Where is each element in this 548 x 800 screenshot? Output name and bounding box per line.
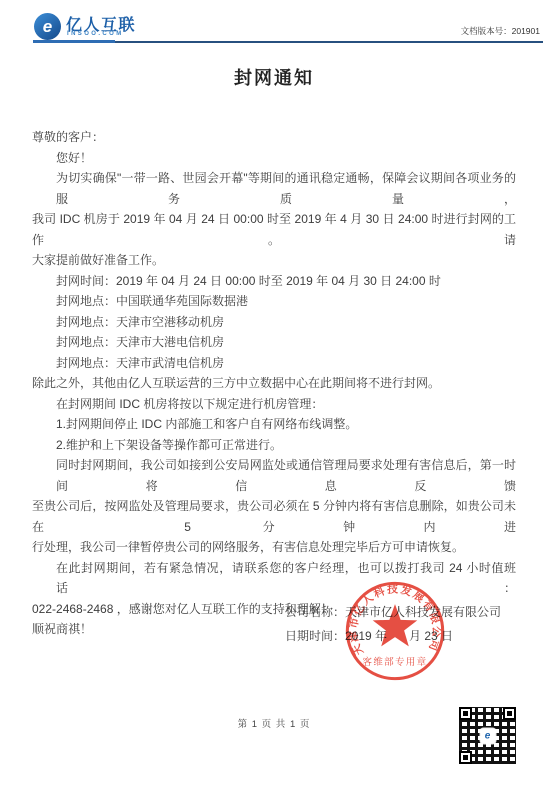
body-line: 为切实确保"一带一路、世园会开幕"等期间的通讯稳定通畅，保障会议期间各项业务的服… [32, 168, 516, 209]
signature-date: 日期时间：2019 年月 23 日 [285, 625, 501, 649]
body-line: 您好！ [32, 148, 516, 169]
qr-code-icon: e [459, 707, 516, 764]
doc-version-label: 文档版本号： [461, 26, 512, 36]
body-line: 封网地点：天津市武清电信机房 [32, 353, 516, 374]
body-line: 在此封网期间，若有紧急情况，请联系您的客户经理，也可以拨打我司 24 小时值班话… [32, 558, 516, 599]
body-line: 行处理，我公司一律暂停贵公司的网络服务，有害信息处理完毕后方可申请恢复。 [32, 537, 516, 558]
body-line: 封网地点：中国联通华苑国际数据港 [32, 291, 516, 312]
body-line: 除此之外，其他由亿人互联运营的三方中立数据中心在此期间将不进行封网。 [32, 373, 516, 394]
document-page: e 亿人互联 INSOO.COM 文档版本号：201901 封网通知 尊敬的客户… [0, 0, 548, 800]
qr-finder-top-right [503, 707, 516, 720]
signature-company: 公司名称：天津市亿人科技发展有限公司 [285, 601, 501, 625]
body-line: 封网地点：天津市大港电信机房 [32, 332, 516, 353]
body-line: 大家提前做好准备工作。 [32, 250, 516, 271]
body-line: 封网时间：2019 年 04 月 24 日 00:00 时至 2019 年 04… [32, 271, 516, 292]
body-line: 至贵公司后，按网监处及管理局要求，贵公司必须在 5 分钟内将有害信息删除，如贵公… [32, 496, 516, 537]
body-line: 同时封网期间，我公司如接到公安局网监处或通信管理局要求处理有害信息后，第一时间将… [32, 455, 516, 496]
qr-finder-top-left [459, 707, 472, 720]
body-line: 2.维护和上下架设备等操作都可正常进行。 [32, 435, 516, 456]
body-line: 我司 IDC 机房于 2019 年 04 月 24 日 00:00 时至 201… [32, 209, 516, 250]
doc-version: 文档版本号：201901 [461, 25, 540, 37]
qr-finder-bottom-left [459, 751, 472, 764]
qr-center-logo-icon: e [480, 728, 495, 743]
page-title: 封网通知 [0, 64, 548, 90]
brand-logo-icon: e [34, 13, 61, 40]
body-line: 1.封网期间停止 IDC 内部施工和客户自有网络布线调整。 [32, 414, 516, 435]
brand-domain: INSOO.COM [67, 31, 124, 37]
doc-version-value: 201901 [512, 26, 540, 36]
stamp-bottom-text: 客维部专用章 [363, 656, 428, 668]
signature-date-suffix: 月 23 日 [409, 629, 453, 643]
signature-date-prefix: 日期时间：2019 年 [285, 629, 387, 643]
body-line: 在封网期间 IDC 机房将按以下规定进行机房管理： [32, 394, 516, 415]
notice-body: 尊敬的客户： 您好！ 为切实确保"一带一路、世园会开幕"等期间的通讯稳定通畅，保… [32, 127, 516, 640]
body-line: 封网地点：天津市空港移动机房 [32, 312, 516, 333]
signature-block: 公司名称：天津市亿人科技发展有限公司 日期时间：2019 年月 23 日 [285, 601, 501, 648]
header-divider-accent [33, 40, 115, 43]
body-line: 尊敬的客户： [32, 127, 516, 148]
